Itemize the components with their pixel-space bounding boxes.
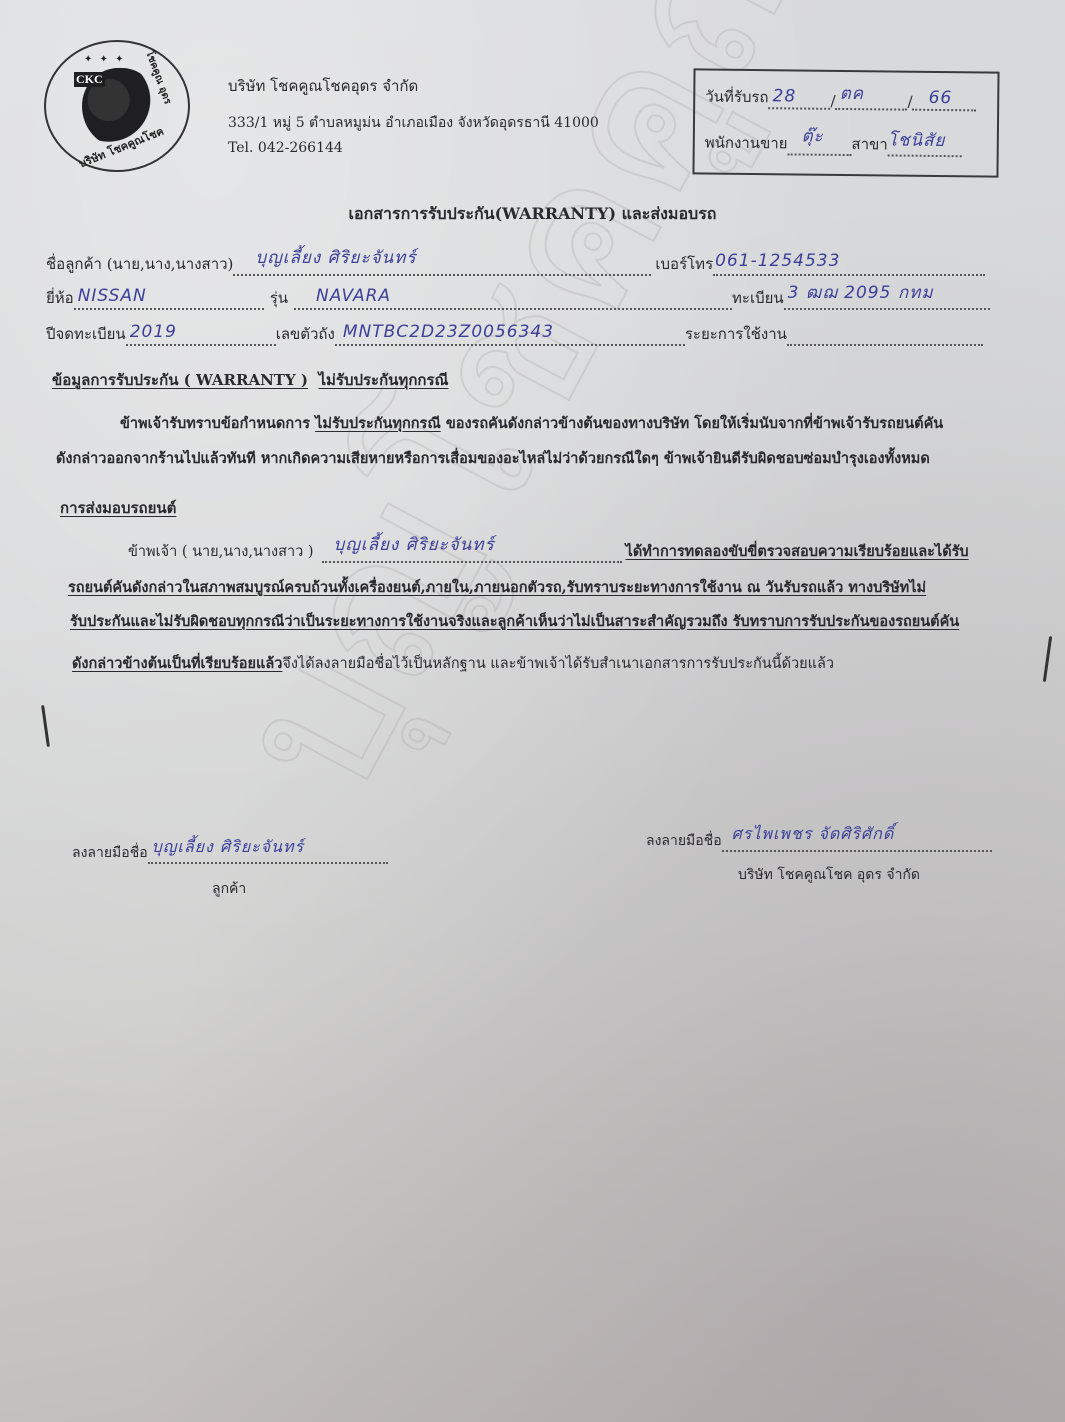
company-signature-row: ลงลายมือชื่อ ศรไพเพชร จัดศิริศักดิ์ bbox=[646, 830, 992, 852]
delivery-section-title: การส่งมอบรถยนต์ bbox=[60, 496, 176, 520]
mileage-field[interactable] bbox=[787, 328, 983, 346]
brand-model-plate-row: ยี่ห้อ NISSAN รุ่น NAVARA ทะเบียน 3 ฒฌ 2… bbox=[46, 286, 990, 310]
customer-signature-row: ลงลายมือชื่อ บุญเลี้ยง ศิริยะจันทร์ bbox=[72, 842, 388, 864]
branch-label: สาขา bbox=[851, 132, 888, 156]
company-signature-role: บริษัท โชคคูณโชค อุดร จำกัด bbox=[738, 864, 920, 886]
delivery-line-3: รับประกันและไม่รับผิดชอบทุกกรณีว่าเป็นระ… bbox=[70, 610, 959, 633]
document-title: เอกสารการรับประกัน(WARRANTY) และส่งมอบรถ bbox=[0, 202, 1065, 227]
warranty-paragraph-line-1: ข้าพเจ้ารับทราบข้อกำหนดการ ไม่รับประกันท… bbox=[120, 412, 943, 435]
company-signature-label: ลงลายมือชื่อ bbox=[646, 830, 722, 852]
customer-signature-label: ลงลายมือชื่อ bbox=[72, 842, 148, 864]
salesperson-row: พนักงานขาย ตุ๊ะ สาขา โชนิสัย bbox=[705, 131, 962, 158]
salesperson-field[interactable]: ตุ๊ะ bbox=[787, 137, 851, 156]
year-chassis-mileage-row: ปีจดทะเบียน 2019 เลขตัวถัง MNTBC2D23Z005… bbox=[46, 322, 983, 346]
receive-date-label: วันที่รับรถ bbox=[705, 85, 769, 110]
phone-label: เบอร์โทร bbox=[655, 252, 713, 276]
branch-field[interactable]: โชนิสัย bbox=[888, 138, 962, 157]
brand-label: ยี่ห้อ bbox=[46, 286, 74, 310]
delivery-line-1: ข้าพเจ้า ( นาย,นาง,นางสาว ) บุญเลี้ยง ศิ… bbox=[128, 540, 969, 563]
warranty-no-coverage-note: ไม่รับประกันทุกกรณี bbox=[318, 371, 448, 389]
phone-field[interactable]: 061-1254533 bbox=[713, 258, 985, 276]
delivery-line-2: รถยนต์คันดังกล่าวในสภาพสมบูรณ์ครบถ้วนทั้… bbox=[68, 576, 926, 599]
warranty-section-title: ข้อมูลการรับประกัน ( WARRANTY ) ไม่รับปร… bbox=[52, 368, 448, 392]
stars-icon: ✦ ✦ ✦ bbox=[84, 54, 126, 65]
plate-field[interactable]: 3 ฒฌ 2095 กทม bbox=[784, 292, 990, 310]
chassis-label: เลขตัวถัง bbox=[276, 322, 335, 346]
customer-name-label: ชื่อลูกค้า (นาย,นาง,นางสาว) bbox=[46, 252, 233, 276]
model-field[interactable]: NAVARA bbox=[294, 292, 732, 310]
company-address: 333/1 หมู่ 5 ตำบลหมูม่น อำเภอเมือง จังหว… bbox=[228, 112, 599, 134]
delivery-line-4: ดังกล่าวข้างต้นเป็นที่เรียบร้อยแล้วจึงได… bbox=[72, 652, 834, 675]
receive-date-year-field[interactable]: 66 bbox=[913, 93, 977, 112]
mileage-label: ระยะการใช้งาน bbox=[685, 322, 787, 346]
receipt-info-box: วันที่รับรถ 28 / ตค / 66 พนักงานขาย ตุ๊ะ… bbox=[692, 68, 999, 177]
chassis-field[interactable]: MNTBC2D23Z0056343 bbox=[335, 328, 685, 346]
company-signature-field[interactable]: ศรไพเพชร จัดศิริศักดิ์ bbox=[722, 834, 992, 852]
company-name: บริษัท โชคคูณโชคอุดร จำกัด bbox=[228, 74, 418, 98]
salesperson-label: พนักงานขาย bbox=[705, 131, 788, 156]
customer-role-label: ลูกค้า bbox=[212, 878, 246, 900]
customer-name-row: ชื่อลูกค้า (นาย,นาง,นางสาว) บุญเลี้ยง ศิ… bbox=[46, 252, 985, 276]
logo-abbreviation: CKC bbox=[74, 72, 105, 87]
receive-date-month-field[interactable]: ตค bbox=[835, 92, 907, 111]
receive-date-day-field[interactable]: 28 bbox=[768, 91, 830, 110]
warranty-paragraph-line-2: ดังกล่าวออกจากร้านไปแล้วทันที หากเกิดควา… bbox=[56, 447, 930, 470]
company-logo: ✦ ✦ ✦ CKC โชคคูณ อุดร บริษัท โชคคูณโชค bbox=[44, 40, 190, 172]
margin-pen-mark bbox=[41, 705, 50, 747]
margin-pen-mark bbox=[1043, 636, 1052, 682]
delivery-customer-name-field[interactable]: บุญเลี้ยง ศิริยะจันทร์ bbox=[322, 545, 622, 563]
customer-name-field[interactable]: บุญเลี้ยง ศิริยะจันทร์ bbox=[233, 258, 651, 276]
plate-label: ทะเบียน bbox=[732, 286, 784, 310]
model-label: รุ่น bbox=[270, 286, 288, 310]
registration-year-label: ปีจดทะเบียน bbox=[46, 322, 126, 346]
customer-signature-field[interactable]: บุญเลี้ยง ศิริยะจันทร์ bbox=[148, 846, 388, 864]
receive-date-row: วันที่รับรถ 28 / ตค / 66 bbox=[705, 85, 977, 112]
registration-year-field[interactable]: 2019 bbox=[126, 328, 276, 346]
brand-field[interactable]: NISSAN bbox=[74, 292, 264, 310]
company-tel: Tel. 042-266144 bbox=[228, 140, 343, 156]
